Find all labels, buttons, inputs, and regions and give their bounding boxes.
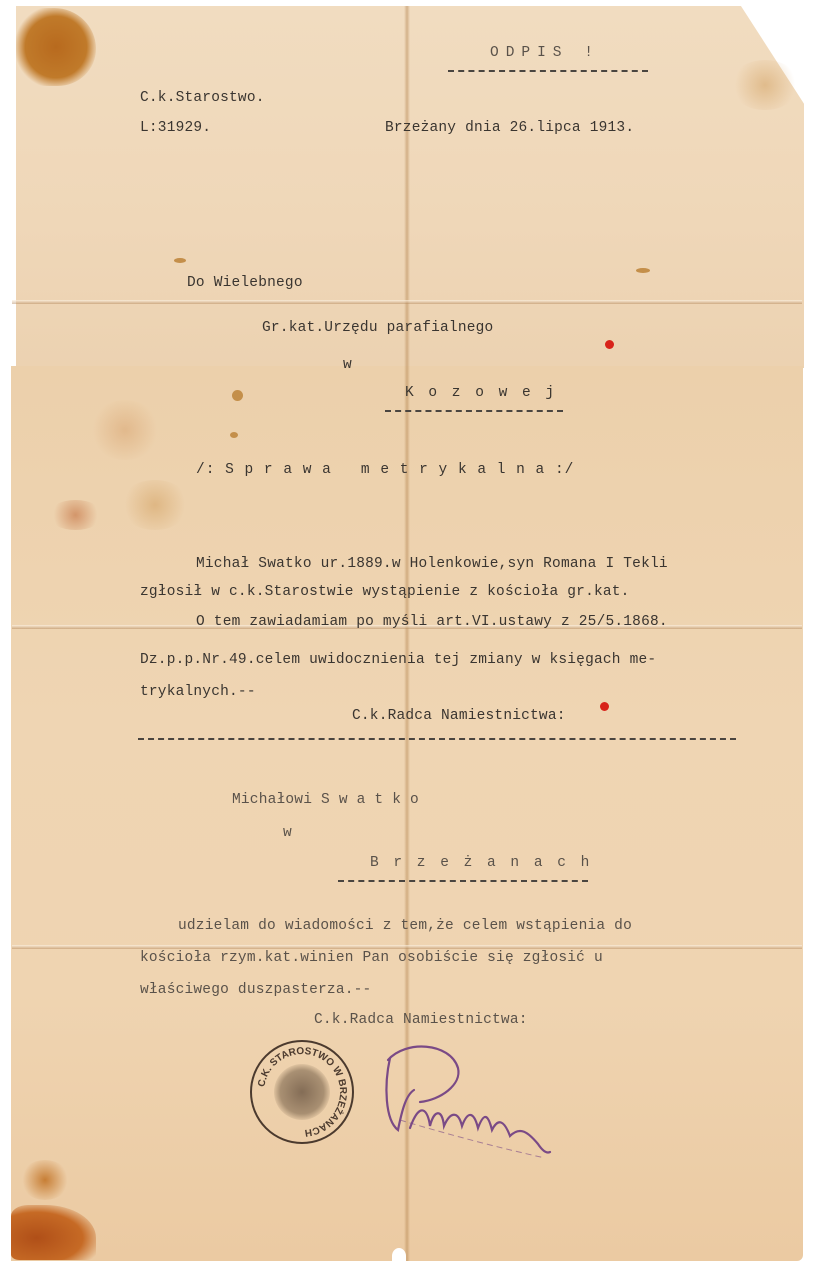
stain (730, 60, 800, 110)
stamp-text: C.K. STAROSTWO W BRZEŻANACH (252, 1042, 352, 1142)
paper-tear (392, 1248, 406, 1264)
fold-line-horizontal (12, 300, 802, 304)
stain (16, 8, 96, 86)
addressee-office: Gr.kat.Urzędu parafialnego (262, 320, 493, 336)
red-mark (605, 340, 614, 349)
body-line: zgłosił w c.k.Starostwie wystąpienie z k… (140, 584, 630, 600)
place-date: Brzeżany dnia 26.lipca 1913. (385, 120, 634, 136)
divider (448, 70, 648, 72)
subject: /: S p r a w a m e t r y k a l n a :/ (196, 462, 574, 478)
signatory-title: C.k.Radca Namiestnictwa: (314, 1012, 528, 1028)
body-line: kościoła rzym.kat.winien Pan osobiście s… (140, 950, 603, 966)
stain (120, 480, 190, 530)
divider (338, 880, 588, 882)
stain-dot (230, 432, 238, 438)
copy-marker: ODPIS ! (490, 45, 600, 61)
body-line: Michał Swatko ur.1889.w Holenkowie,syn R… (196, 556, 668, 572)
handwritten-signature-icon (370, 1040, 560, 1170)
body-line: udzielam do wiadomości z tem,że celem ws… (178, 918, 632, 934)
stain (48, 500, 103, 530)
second-addressee-place: B r z e ż a n a c h (370, 855, 592, 871)
second-addressee-preposition: w (283, 825, 292, 841)
stain (90, 400, 160, 460)
body-line: właściwego duszpasterza.-- (140, 982, 371, 998)
signatory-title: C.k.Radca Namiestnictwa: (352, 708, 566, 724)
official-stamp: C.K. STAROSTWO W BRZEŻANACH (250, 1040, 354, 1144)
divider (385, 410, 563, 412)
paper-sheet-upper (16, 6, 804, 368)
fold-line-horizontal (12, 945, 802, 949)
addressee-place: K o z o w e j (405, 385, 557, 401)
stain-dot (636, 268, 650, 273)
divider (138, 738, 736, 740)
addressee-preposition: w (343, 357, 352, 373)
salutation: Do Wielebnego (187, 275, 303, 291)
issuer: C.k.Starostwo. (140, 90, 265, 106)
red-mark (600, 702, 609, 711)
stain (20, 1160, 70, 1200)
body-line: Dz.p.p.Nr.49.celem uwidocznienia tej zmi… (140, 652, 656, 668)
second-addressee-name: Michałowi S w a t k o (232, 792, 419, 808)
stain-dot (232, 390, 243, 401)
reference-number: L:31929. (140, 120, 211, 136)
body-line: O tem zawiadamiam po myśli art.VI.ustawy… (196, 614, 668, 630)
stain-dot (174, 258, 186, 263)
body-line: trykalnych.-- (140, 684, 256, 700)
svg-text:C.K. STAROSTWO W BRZEŻANACH: C.K. STAROSTWO W BRZEŻANACH (256, 1046, 348, 1138)
